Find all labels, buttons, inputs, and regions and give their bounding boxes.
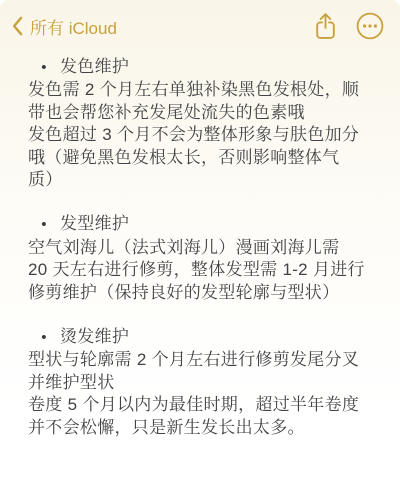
chevron-left-icon — [12, 16, 23, 36]
section-title: 烫发维护 — [60, 326, 129, 348]
note-text-line: 发色超过 3 个月不会为整体形象与肤色加分 — [28, 124, 384, 146]
note-text-line: 修剪维护（保持良好的发型轮廓与型状） — [28, 282, 384, 304]
list-bullet: • — [34, 327, 54, 349]
back-button[interactable]: 所有 iCloud — [12, 14, 117, 39]
note-text-line: 型状与轮廓需 2 个月左右进行修剪发尾分叉 — [28, 349, 384, 371]
section-title: 发色维护 — [60, 56, 129, 78]
section-heading: • 发型维护 — [28, 213, 384, 236]
nav-bar: 所有 iCloud — [0, 0, 400, 48]
section-heading: • 烫发维护 — [28, 326, 384, 349]
back-button-label: 所有 iCloud — [30, 14, 117, 39]
note-text-line: 质） — [28, 169, 384, 191]
notes-app-screen: 所有 iCloud • — [0, 0, 400, 479]
note-text-line: 空气刘海儿（法式刘海儿）漫画刘海儿需 — [28, 237, 384, 259]
share-icon[interactable] — [314, 12, 337, 40]
note-text-line: 带也会帮您补充发尾处流失的色素哦 — [28, 102, 384, 124]
note-text-line: 并不会松懈，只是新生发长出太多。 — [28, 417, 384, 439]
note-text-line: 20 天左右进行修剪，整体发型需 1-2 月进行 — [28, 259, 384, 281]
note-text-line: 卷度 5 个月以内为最佳时期，超过半年卷度 — [28, 394, 384, 416]
more-options-icon[interactable] — [356, 12, 384, 40]
note-text-line: 哦（避免黑色发根太长，否则影响整体气 — [28, 147, 384, 169]
list-bullet: • — [34, 214, 54, 236]
note-body[interactable]: • 发色维护 发色需 2 个月左右单独补染黑色发根处，顺 带也会帮您补充发尾处流… — [0, 48, 400, 439]
note-text-line: 发色需 2 个月左右单独补染黑色发根处，顺 — [28, 79, 384, 101]
note-section-hairstyle: • 发型维护 空气刘海儿（法式刘海儿）漫画刘海儿需 20 天左右进行修剪，整体发… — [28, 213, 384, 304]
list-bullet: • — [34, 57, 54, 79]
section-heading: • 发色维护 — [28, 56, 384, 79]
section-title: 发型维护 — [60, 213, 129, 235]
note-text-line: 并维护型状 — [28, 372, 384, 394]
note-section-hair-color: • 发色维护 发色需 2 个月左右单独补染黑色发根处，顺 带也会帮您补充发尾处流… — [28, 56, 384, 191]
nav-actions — [314, 12, 384, 40]
note-section-perm: • 烫发维护 型状与轮廓需 2 个月左右进行修剪发尾分叉 并维护型状 卷度 5 … — [28, 326, 384, 439]
